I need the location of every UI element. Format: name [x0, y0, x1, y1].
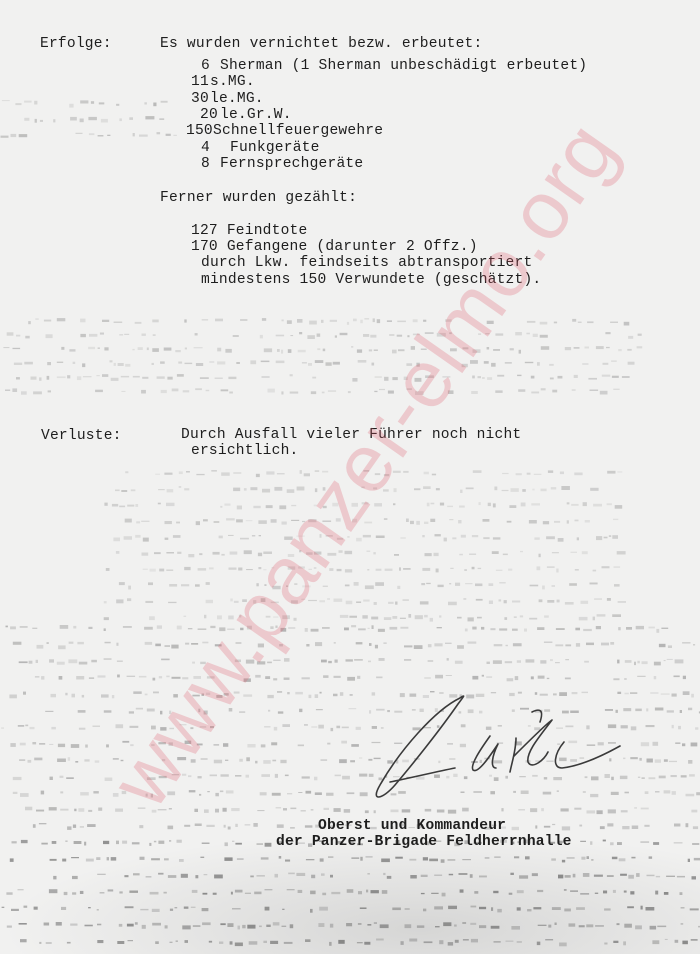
list-item-text: le.MG. — [210, 91, 264, 107]
verluste-label: Verluste: — [41, 428, 122, 444]
list-item-count: 6 — [201, 58, 210, 74]
list-item-count: 8 — [201, 156, 210, 172]
list-item-count: 20 — [200, 107, 218, 123]
list-item-text: Sherman (1 Sherman unbeschädigt erbeutet… — [220, 58, 587, 74]
gezaehlt-line: 127 Feindtote — [191, 223, 307, 239]
list-item-text: Schnellfeuergewehre — [213, 123, 383, 139]
list-item-count: 150 — [186, 123, 213, 139]
signature-title-line1: Oberst und Kommandeur — [318, 818, 506, 834]
signature-title-line2: der Panzer-Brigade Feldherrnhalle — [276, 834, 572, 850]
gezaehlt-line: 170 Gefangene (darunter 2 Offz.) — [191, 239, 478, 255]
gezaehlt-line: mindestens 150 Verwundete (geschätzt). — [201, 272, 541, 288]
gezaehlt-line: durch Lkw. feindseits abtransportiert — [201, 255, 532, 271]
list-item-text: Fernsprechgeräte — [220, 156, 363, 172]
erfolge-label: Erfolge: — [40, 36, 112, 52]
list-item-count: 11 — [191, 74, 209, 90]
list-item-text: Funkgeräte — [230, 140, 320, 156]
list-item-count: 30 — [191, 91, 209, 107]
list-item-text: s.MG. — [210, 74, 255, 90]
bleed-through-noise — [0, 0, 700, 954]
list-item-text: le.Gr.W. — [220, 107, 292, 123]
handwritten-signature — [340, 690, 630, 810]
list-item-count: 4 — [201, 140, 210, 156]
document-page: Erfolge: Es wurden vernichtet bezw. erbe… — [0, 0, 700, 954]
verluste-line: Durch Ausfall vieler Führer noch nicht — [181, 427, 521, 443]
gezaehlt-intro: Ferner wurden gezählt: — [160, 190, 357, 206]
verluste-line: ersichtlich. — [191, 443, 299, 459]
erfolge-intro: Es wurden vernichtet bezw. erbeutet: — [160, 36, 482, 52]
